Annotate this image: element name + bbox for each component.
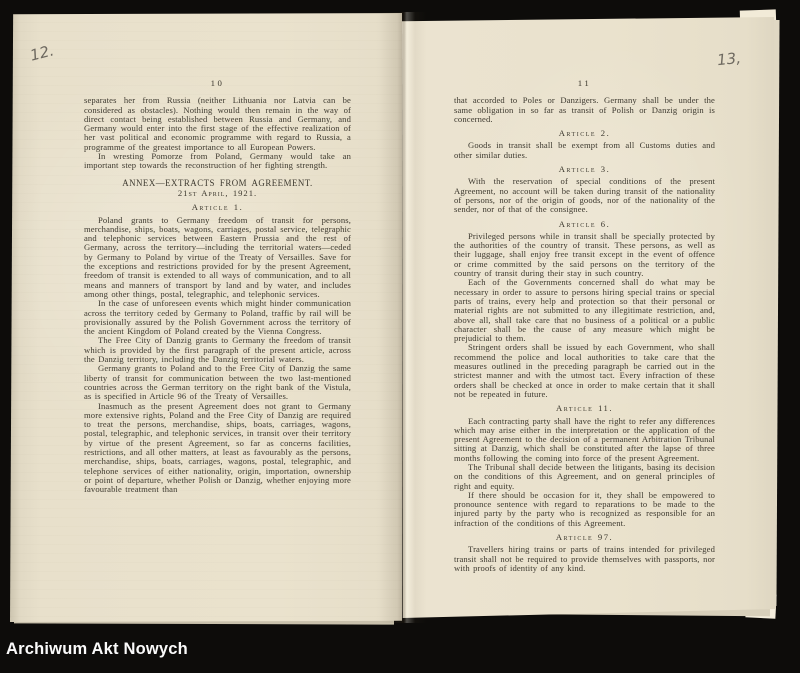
annex-date: 21st April, 1921.	[84, 189, 351, 198]
left-page-number: 10	[84, 79, 351, 88]
article-2-heading: Article 2.	[454, 129, 715, 138]
paragraph-continuation: that accorded to Poles or Danzigers. Ger…	[454, 96, 715, 124]
archive-watermark: Archiwum Akt Nowych	[6, 640, 188, 659]
article-11-heading: Article 11.	[454, 404, 715, 413]
right-page-text-column: 11 that accorded to Poles or Danzigers. …	[454, 79, 715, 573]
paragraph-continuation: separates her from Russia (neither Lithu…	[84, 96, 351, 152]
paragraph: Poland grants to Germany freedom of tran…	[84, 216, 351, 300]
paragraph: With the reservation of special conditio…	[454, 177, 715, 214]
paragraph: Germany grants to Poland and to the Free…	[84, 364, 351, 401]
paragraph: Stringent orders shall be issued by each…	[454, 343, 715, 399]
paragraph: Travellers hiring trains or parts of tra…	[454, 545, 715, 573]
left-page-text-column: 10 separates her from Russia (neither Li…	[84, 79, 351, 494]
paragraph: Each of the Governments concerned shall …	[454, 278, 715, 343]
paragraph: In wresting Pomorze from Poland, Germany…	[84, 152, 351, 171]
article-6-heading: Article 6.	[454, 220, 715, 229]
right-page: 11 that accorded to Poles or Danzigers. …	[402, 17, 776, 618]
paragraph: In the case of unforeseen events which m…	[84, 299, 351, 336]
paragraph: The Free City of Danzig grants to German…	[84, 336, 351, 364]
paragraph: Inasmuch as the present Agreement does n…	[84, 402, 351, 495]
paragraph: The Tribunal shall decide between the li…	[454, 463, 715, 491]
paragraph: Goods in transit shall be exempt from al…	[454, 141, 715, 160]
right-page-number: 11	[454, 79, 715, 88]
left-page: 10 separates her from Russia (neither Li…	[10, 13, 402, 622]
article-1-heading: Article 1.	[84, 203, 351, 212]
paragraph: Privileged persons while in transit shal…	[454, 232, 715, 278]
article-97-heading: Article 97.	[454, 533, 715, 542]
paragraph: If there should be occasion for it, they…	[454, 491, 715, 528]
handwritten-folio-mark-right: 13,	[716, 49, 742, 69]
paragraph: Each contracting party shall have the ri…	[454, 417, 715, 463]
article-3-heading: Article 3.	[454, 165, 715, 174]
document-scan: 10 separates her from Russia (neither Li…	[0, 0, 800, 673]
annex-heading: ANNEX—EXTRACTS FROM AGREEMENT.	[84, 179, 351, 188]
